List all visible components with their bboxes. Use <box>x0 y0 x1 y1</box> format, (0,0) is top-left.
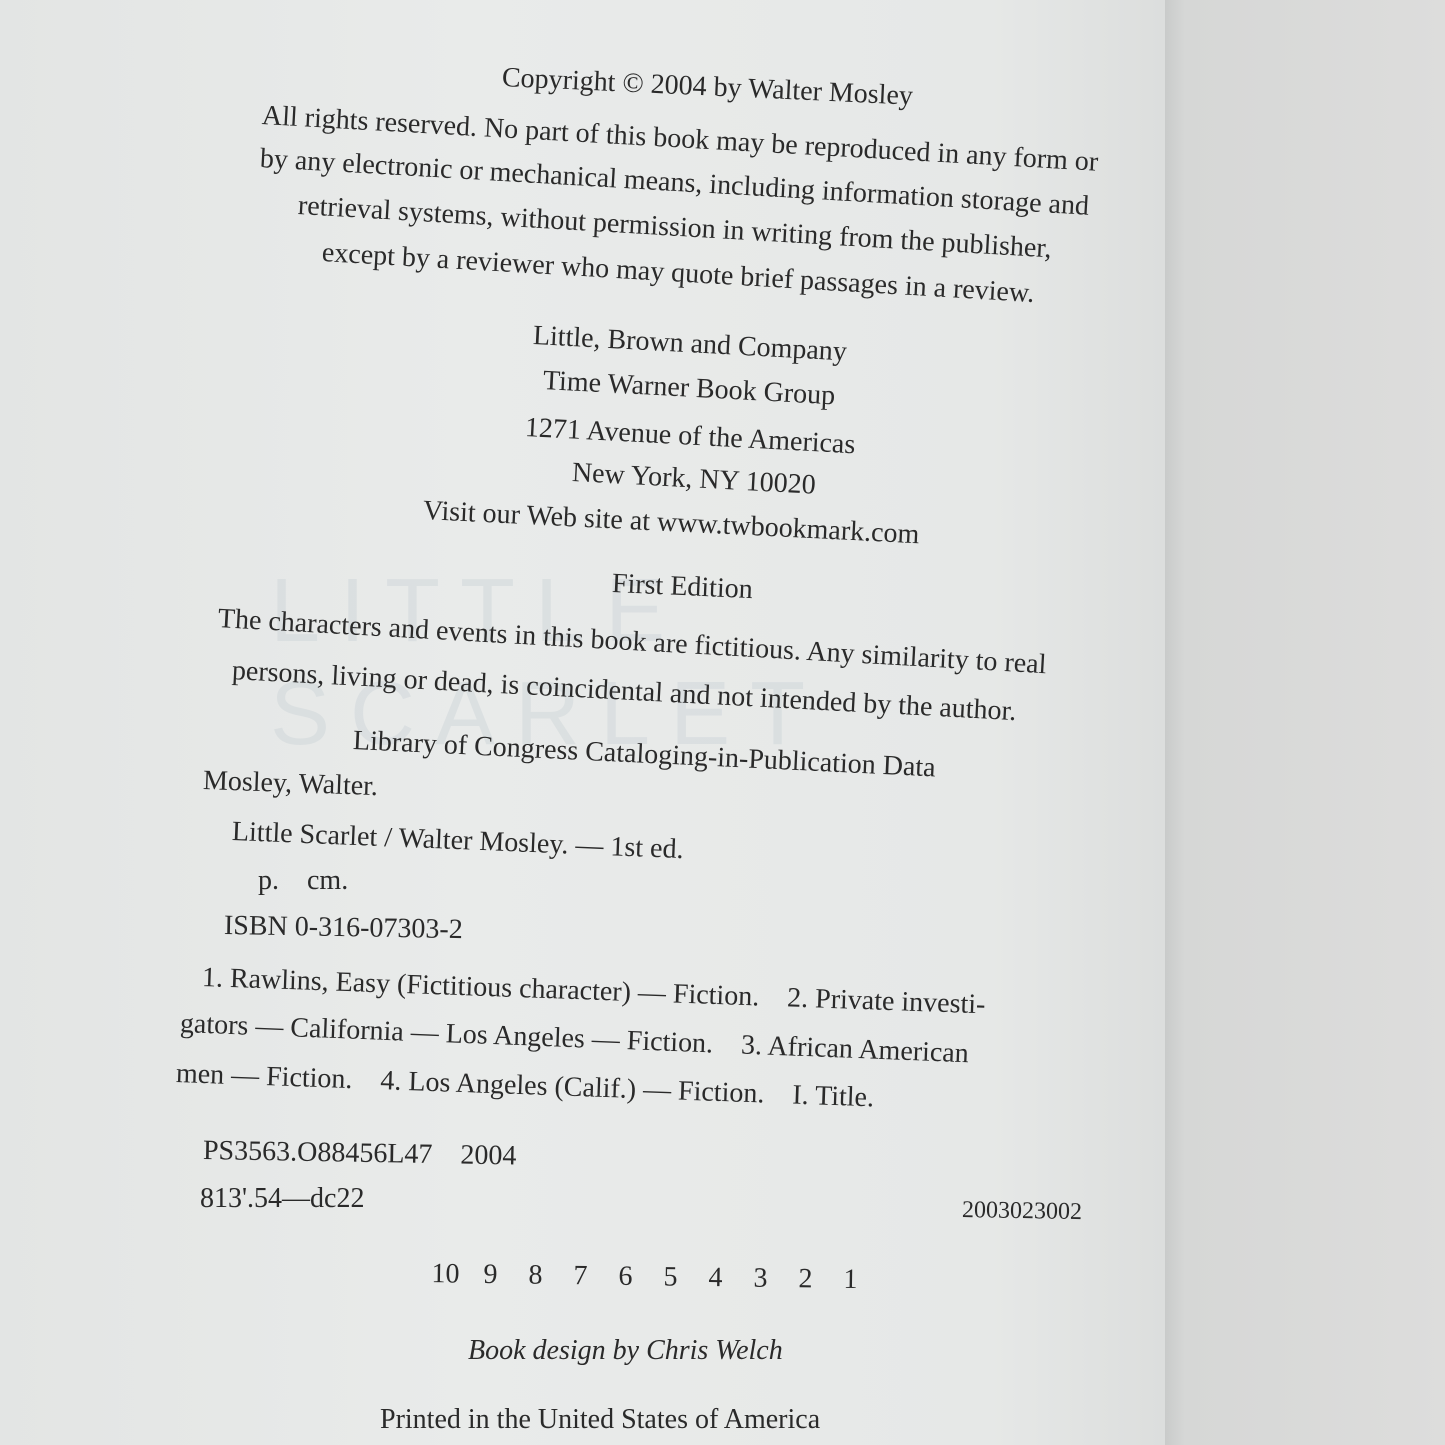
print-number: 3 <box>738 1262 783 1295</box>
facing-page <box>1165 0 1445 1445</box>
print-number: 5 <box>648 1261 693 1294</box>
cip-isbn: ISBN 0-316-07303-2 <box>224 910 463 946</box>
cip-dewey: 813'.54—dc22 <box>200 1183 364 1215</box>
edition: First Edition <box>611 568 753 606</box>
cip-subjects-line-2: gators — California — Los Angeles — Fict… <box>179 1008 969 1070</box>
publisher-street: 1271 Avenue of the Americas <box>524 412 856 461</box>
print-number: 2 <box>783 1263 828 1296</box>
cip-lccn: 2003023002 <box>962 1197 1082 1226</box>
print-number: 4 <box>693 1262 738 1295</box>
printing-line: 10987654321 <box>423 1258 873 1296</box>
cip-subjects-line-3: men — Fiction. 4. Los Angeles (Calif.) —… <box>175 1058 874 1114</box>
print-number: 7 <box>558 1260 603 1293</box>
print-number: 8 <box>513 1259 558 1292</box>
printed-in: Printed in the United States of America <box>380 1404 820 1436</box>
cip-title: Little Scarlet / Walter Mosley. — 1st ed… <box>231 816 684 866</box>
publisher-group: Time Warner Book Group <box>542 365 836 412</box>
cip-author: Mosley, Walter. <box>202 765 378 803</box>
copyright-line: Copyright © 2004 by Walter Mosley <box>501 62 913 113</box>
print-number: 9 <box>468 1259 513 1292</box>
cip-physical: p. cm. <box>258 865 348 897</box>
copyright-page: LITTLE SCARLET Copyright © 2004 by Walte… <box>0 0 1165 1445</box>
book-design-credit: Book design by Chris Welch <box>468 1335 783 1367</box>
publisher-website: Visit our Web site at www.twbookmark.com <box>422 495 920 551</box>
print-number: 1 <box>828 1264 873 1297</box>
publisher-name: Little, Brown and Company <box>532 320 847 368</box>
cip-call-number: PS3563.O88456L47 2004 <box>203 1135 517 1172</box>
print-number: 10 <box>423 1258 468 1291</box>
publisher-city: New York, NY 10020 <box>571 457 816 502</box>
print-number: 6 <box>603 1261 648 1294</box>
